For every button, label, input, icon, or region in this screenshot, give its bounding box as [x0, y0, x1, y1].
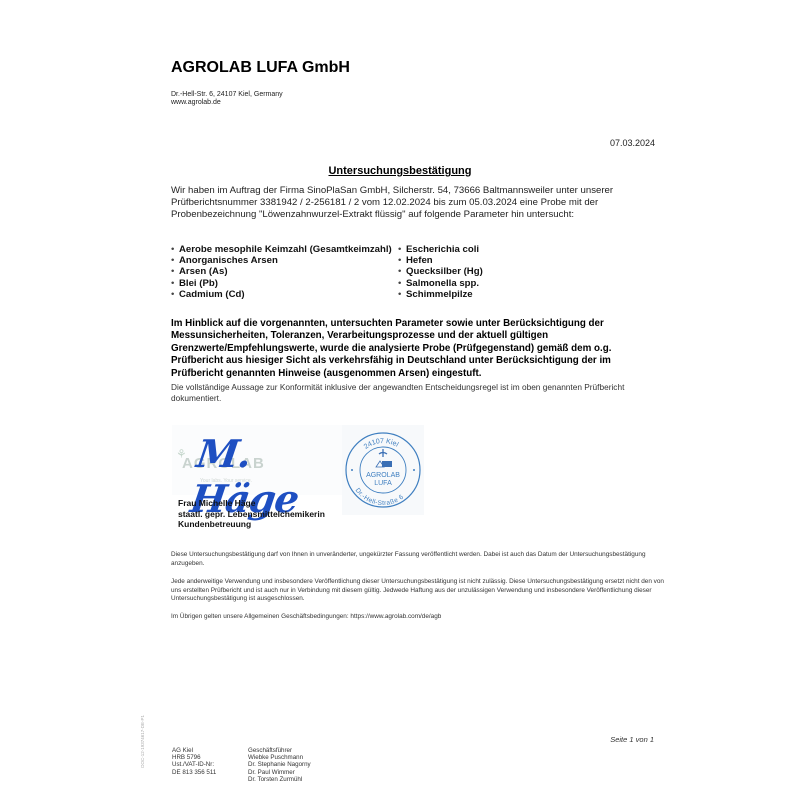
parameter-label: Hefen	[406, 255, 433, 266]
company-stamp: 24107 Kiel Dr.-Hell-Straße 6 AGROLAB LUF…	[342, 425, 424, 515]
bullet-icon: •	[398, 266, 406, 277]
bullet-icon: •	[171, 244, 179, 255]
parameter-label: Quecksilber (Hg)	[406, 266, 483, 277]
footer-line: AG Kiel	[172, 747, 216, 754]
signer-name: Frau Michelle Häge	[178, 498, 325, 509]
footer-line: DE 813 356 511	[172, 769, 216, 776]
parameter-label: Cadmium (Cd)	[179, 289, 245, 300]
stamp-seal-icon: 24107 Kiel Dr.-Hell-Straße 6 AGROLAB LUF…	[342, 425, 424, 515]
footer-line: Dr. Torsten Zurmühl	[248, 776, 311, 783]
footer-management: Geschäftsführer Wiebke Puschmann Dr. Ste…	[248, 747, 311, 783]
bullet-icon: •	[398, 244, 406, 255]
footer-registry: AG Kiel HRB 5796 Ust./VAT-ID-Nr: DE 813 …	[172, 747, 216, 776]
list-item: •Anorganisches Arsen	[171, 255, 392, 266]
conformity-note: Die vollständige Aussage zur Konformität…	[171, 382, 661, 404]
bullet-icon: •	[171, 255, 179, 266]
footer-line: Dr. Paul Wimmer	[248, 769, 311, 776]
bullet-icon: •	[171, 278, 179, 289]
disclaimer-terms: Im Übrigen gelten unsere Allgemeinen Ges…	[171, 613, 666, 622]
parameter-label: Arsen (As)	[179, 266, 228, 277]
svg-text:AGROLAB: AGROLAB	[366, 472, 400, 479]
signer-title: staatl. gepr. Lebensmittelchemikerin	[178, 509, 325, 520]
footer-line: Wiebke Puschmann	[248, 754, 311, 761]
signer-department: Kundenbetreuung	[178, 519, 325, 530]
page-number: Seite 1 von 1	[610, 735, 654, 744]
disclaimer-usage: Jede anderweitige Verwendung und insbeso…	[171, 578, 666, 604]
bullet-icon: •	[398, 278, 406, 289]
list-item: •Blei (Pb)	[171, 278, 392, 289]
parameter-label: Aerobe mesophile Keimzahl (Gesamtkeimzah…	[179, 244, 392, 255]
bullet-icon: •	[398, 255, 406, 266]
parameter-label: Blei (Pb)	[179, 278, 218, 289]
list-item: •Cadmium (Cd)	[171, 289, 392, 300]
bullet-icon: •	[171, 289, 179, 300]
list-item: •Aerobe mesophile Keimzahl (Gesamtkeimza…	[171, 244, 392, 255]
list-item: •Salmonella spp.	[398, 278, 483, 289]
intro-paragraph: Wir haben im Auftrag der Firma SinoPlaSa…	[171, 185, 661, 221]
document-title: Untersuchungsbestätigung	[0, 165, 800, 177]
document-id: DOC-12-19374617-DE-P1	[140, 715, 145, 768]
footer-line: HRB 5796	[172, 754, 216, 761]
parameter-label: Salmonella spp.	[406, 278, 479, 289]
svg-text:24107 Kiel: 24107 Kiel	[363, 438, 400, 451]
parameter-column-1: •Aerobe mesophile Keimzahl (Gesamtkeimza…	[171, 244, 392, 300]
bullet-icon: •	[171, 266, 179, 277]
list-item: •Arsen (As)	[171, 266, 392, 277]
disclaimer-publication: Diese Untersuchungsbestätigung darf von …	[171, 551, 666, 568]
address-line: Dr.-Hell-Str. 6, 24107 Kiel, Germany	[171, 91, 283, 99]
footer-line: Ust./VAT-ID-Nr:	[172, 761, 216, 768]
list-item: •Schimmelpilze	[398, 289, 483, 300]
signer-block: Frau Michelle Häge staatl. gepr. Lebensm…	[178, 498, 325, 530]
footer-line: Dr. Stephanie Nagorny	[248, 761, 311, 768]
company-address: Dr.-Hell-Str. 6, 24107 Kiel, Germany www…	[171, 91, 283, 107]
list-item: •Quecksilber (Hg)	[398, 266, 483, 277]
list-item: •Hefen	[398, 255, 483, 266]
parameter-label: Schimmelpilze	[406, 289, 473, 300]
bullet-icon: •	[398, 289, 406, 300]
parameter-label: Anorganisches Arsen	[179, 255, 278, 266]
website-link[interactable]: www.agrolab.de	[171, 99, 283, 107]
verdict-paragraph: Im Hinblick auf die vorgenannten, unters…	[171, 318, 661, 380]
company-name: AGROLAB LUFA GmbH	[171, 59, 350, 77]
footer-line: Geschäftsführer	[248, 747, 311, 754]
svg-text:LUFA: LUFA	[374, 480, 392, 487]
signature-image: ⚘ AGROLAB Your labs. Your service. M. Hä…	[172, 425, 344, 495]
list-item: •Escherichia coli	[398, 244, 483, 255]
parameter-label: Escherichia coli	[406, 244, 479, 255]
document-date: 07.03.2024	[610, 138, 655, 148]
parameter-column-2: •Escherichia coli •Hefen •Quecksilber (H…	[398, 244, 483, 300]
